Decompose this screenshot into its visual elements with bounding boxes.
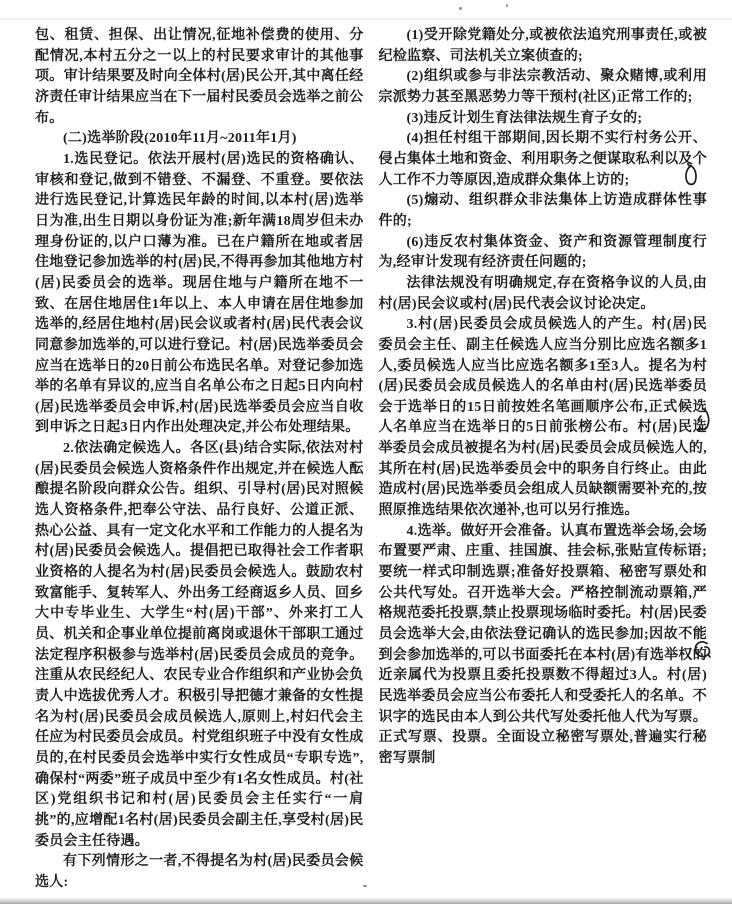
paragraph: 2.依法确定候选人。各区(县)结合实际,依法对村(居)民委员会候选人资格条件作出…	[35, 439, 364, 852]
paragraph: 3.村(居)民委员会成员候选人的产生。村(居)民委员会主任、副主任候选人应当分别…	[379, 315, 708, 522]
section-heading: (二)选举阶段(2010年11月~2011年1月)	[35, 129, 364, 150]
scan-artifact-top-line	[0, 18, 732, 20]
paragraph: 包、租赁、担保、出让情况,征地补偿费的使用、分配情况,本村五分之一以上的村民要求…	[35, 26, 364, 129]
scan-artifact-bottom-shadow	[0, 897, 732, 904]
paragraph: 有下列情形之一者,不得提名为村(居)民委员会候选人:	[35, 852, 364, 893]
scan-speck	[459, 7, 462, 10]
list-item: (4)担任村组干部期间,因长期不实行村务公开、侵占集体土地和资金、利用职务之便谋…	[379, 129, 708, 191]
paragraph: 1.选民登记。依法开展村(居)选民的资格确认、审核和登记,做到不错登、不漏登、不…	[35, 150, 364, 439]
list-item: (3)违反计划生育法律法规生育子女的;	[379, 109, 708, 130]
paragraph: 4.选举。做好开会准备。认真布置选举会场,会场布置要严肃、庄重、挂国旗、挂会标,…	[379, 522, 708, 770]
list-item: (1)受开除党籍处分,或被依法追究刑事责任,或被纪检监察、司法机关立案侦查的;	[379, 26, 708, 67]
scan-speck	[363, 885, 367, 887]
list-item: (5)煽动、组织群众非法集体上访造成群体性事件的;	[379, 191, 708, 232]
scanned-page: 包、租赁、担保、出让情况,征地补偿费的使用、分配情况,本村五分之一以上的村民要求…	[0, 0, 732, 904]
paragraph: 法律法规没有明确规定,存在资格争议的人员,由村(居)民会议或村(居)民代表会议讨…	[379, 274, 708, 315]
list-item: (2)组织或参与非法宗教活动、聚众赌博,或利用宗派势力甚至黑恶势力等干预村(社区…	[379, 67, 708, 108]
scan-speck	[506, 4, 508, 7]
list-item: (6)违反农村集体资金、资产和资源管理制度行为,经审计发现有经济责任问题的;	[379, 233, 708, 274]
document-text: 包、租赁、担保、出让情况,征地补偿费的使用、分配情况,本村五分之一以上的村民要求…	[35, 26, 707, 896]
